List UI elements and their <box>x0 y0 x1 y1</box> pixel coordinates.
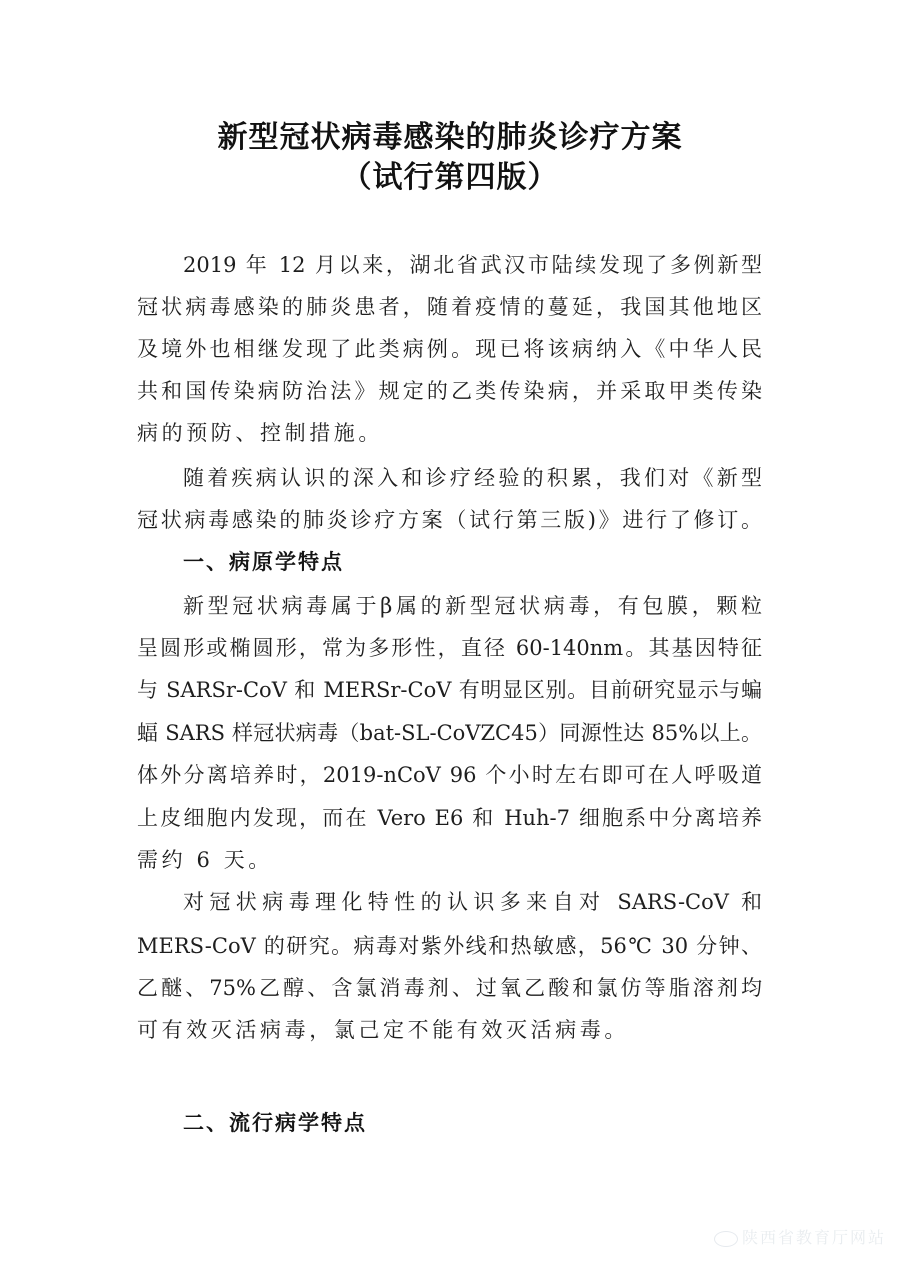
text-line: MERS-CoV 的研究。病毒对紫外线和热敏感，56℃ 30 分钟、 <box>137 932 762 960</box>
text-line: 体外分离培养时，2019-nCoV 96 个小时左右即可在人呼吸道 <box>137 761 762 789</box>
section-heading-pathogen: 一、病原学特点 <box>183 548 344 576</box>
text-line: 需约 6 天。 <box>137 846 762 874</box>
text-line: 呈圆形或椭圆形，常为多形性，直径 60-140nm。其基因特征 <box>137 634 762 662</box>
text-line: 乙醚、75%乙醇、含氯消毒剂、过氧乙酸和氯仿等脂溶剂均 <box>137 974 762 1002</box>
text-line: 上皮细胞内发现，而在 Vero E6 和 Huh-7 细胞系中分离培养 <box>137 804 762 832</box>
text-line: 及境外也相继发现了此类病例。现已将该病纳入《中华人民 <box>137 335 762 363</box>
watermark-text: 陕西省教育厅网站 <box>742 1228 886 1247</box>
text-line: 对冠状病毒理化特性的认识多来自对 SARS-CoV 和 <box>183 888 762 916</box>
text-line: 与 SARSr-CoV 和 MERSr-CoV 有明显区别。目前研究显示与蝙 <box>137 676 762 704</box>
watermark-logo-icon <box>714 1231 738 1247</box>
document-title: 新型冠状病毒感染的肺炎诊疗方案 <box>0 112 900 156</box>
text-line: 病的预防、控制措施。 <box>137 419 762 447</box>
text-line: 可有效灭活病毒，氯己定不能有效灭活病毒。 <box>137 1016 762 1044</box>
text-line: 新型冠状病毒属于β属的新型冠状病毒，有包膜，颗粒 <box>183 592 762 620</box>
text-line: 冠状病毒感染的肺炎诊疗方案（试行第三版)》进行了修订。 <box>137 506 762 534</box>
document-subtitle: （试行第四版） <box>0 152 900 196</box>
text-line: 共和国传染病防治法》规定的乙类传染病，并采取甲类传染 <box>137 377 762 405</box>
watermark: 陕西省教育厅网站 <box>714 1225 886 1248</box>
text-line: 冠状病毒感染的肺炎患者，随着疫情的蔓延，我国其他地区 <box>137 293 762 321</box>
text-line: 随着疾病认识的深入和诊疗经验的积累，我们对《新型 <box>183 464 762 492</box>
section-heading-epidemiology: 二、流行病学特点 <box>183 1109 367 1137</box>
text-line: 2019 年 12 月以来，湖北省武汉市陆续发现了多例新型 <box>183 251 762 279</box>
text-line: 蝠 SARS 样冠状病毒（bat-SL-CoVZC45）同源性达 85%以上。 <box>137 719 762 747</box>
